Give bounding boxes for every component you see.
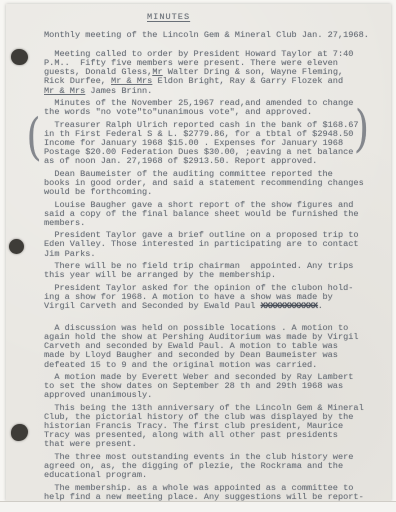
paragraph-call-to-order: Meeting called to order by President How… — [44, 50, 376, 95]
typed-text-block: MINUTES Monthly meeting of the Lincoln G… — [44, 13, 376, 505]
paragraph-field-trip-chairman: There will be no field trip chairman app… — [44, 262, 376, 280]
text-line: said a copy of the final balance sheet w… — [44, 210, 376, 219]
paragraph-show-dates: A motion made by Everett Weber and secon… — [44, 373, 376, 400]
punch-hole-top — [11, 49, 28, 65]
underlined-text: Mr & Mrs — [44, 86, 85, 96]
paragraph-show-1968-motion: President Taylor asked for the opinion o… — [44, 284, 376, 311]
struck-out-text: XXXXXXXXXXXX — [261, 301, 318, 311]
text-line: defeated 15 to 9 and the original motion… — [44, 361, 376, 370]
date-line: Monthly meeting of the Lincoln Gem & Min… — [44, 31, 376, 40]
paragraph-show-figures: Louise Baugher gave a short report of th… — [44, 201, 376, 228]
text-line: members. — [44, 219, 376, 228]
text-segment: Eldon Bright, Ray & Garry Flozek and — [152, 76, 343, 86]
title-row: MINUTES — [44, 13, 376, 22]
text-segment: James Brinn. — [85, 86, 152, 96]
text-line: this year will be arranged by the member… — [44, 271, 376, 280]
text-line: Virgil Carveth and Seconded by Ewald Pau… — [44, 302, 376, 311]
paragraph-auditing-committee: Dean Baumeister of the auditing committe… — [44, 170, 376, 197]
text-line: would be forthcoming. — [44, 188, 376, 197]
paragraph-minutes-approved: Minutes of the November 25,1967 read,and… — [44, 99, 376, 117]
paragraph-location-discussion: A discussion was held on possible locati… — [44, 324, 376, 369]
text-segment: . — [318, 301, 323, 311]
text-segment: Virgil Carveth and Seconded by Ewald Pau… — [44, 301, 261, 311]
text-line: the words "no vote"to"unanimous vote", a… — [44, 108, 376, 117]
scanned-minutes-page: { "page": { "paper_color": "#e9e7e2", "i… — [0, 0, 396, 512]
text-line: as of noon Jan. 27,1968 of $2913.50. Rep… — [44, 157, 376, 166]
text-line: that were present. — [44, 440, 376, 449]
page-title: MINUTES — [147, 13, 190, 22]
punch-hole-middle — [9, 239, 24, 254]
paragraph-treasurer-report: Treasurer Ralph Ulrich reported cash in … — [44, 121, 376, 166]
paragraph-list: Meeting called to order by President How… — [44, 50, 376, 502]
scan-bottom-edge — [0, 501, 396, 512]
paragraph-eden-valley-trip: President Taylor gave a brief outline on… — [44, 231, 376, 258]
text-line: educational program. — [44, 471, 376, 480]
text-line: Jim Parks. — [44, 250, 376, 259]
text-line: approved unanimously. — [44, 391, 376, 400]
paragraph-anniversary-history: This being the 13th anniversary of the L… — [44, 404, 376, 449]
paragraph-outstanding-events: The three most outstanding events in the… — [44, 453, 376, 480]
text-line: Mr & Mrs James Brinn. — [44, 87, 376, 96]
paper-sheet: MINUTES Monthly meeting of the Lincoln G… — [6, 4, 391, 501]
paragraph-new-meeting-place: The membership. as a whole was appointed… — [44, 484, 376, 502]
